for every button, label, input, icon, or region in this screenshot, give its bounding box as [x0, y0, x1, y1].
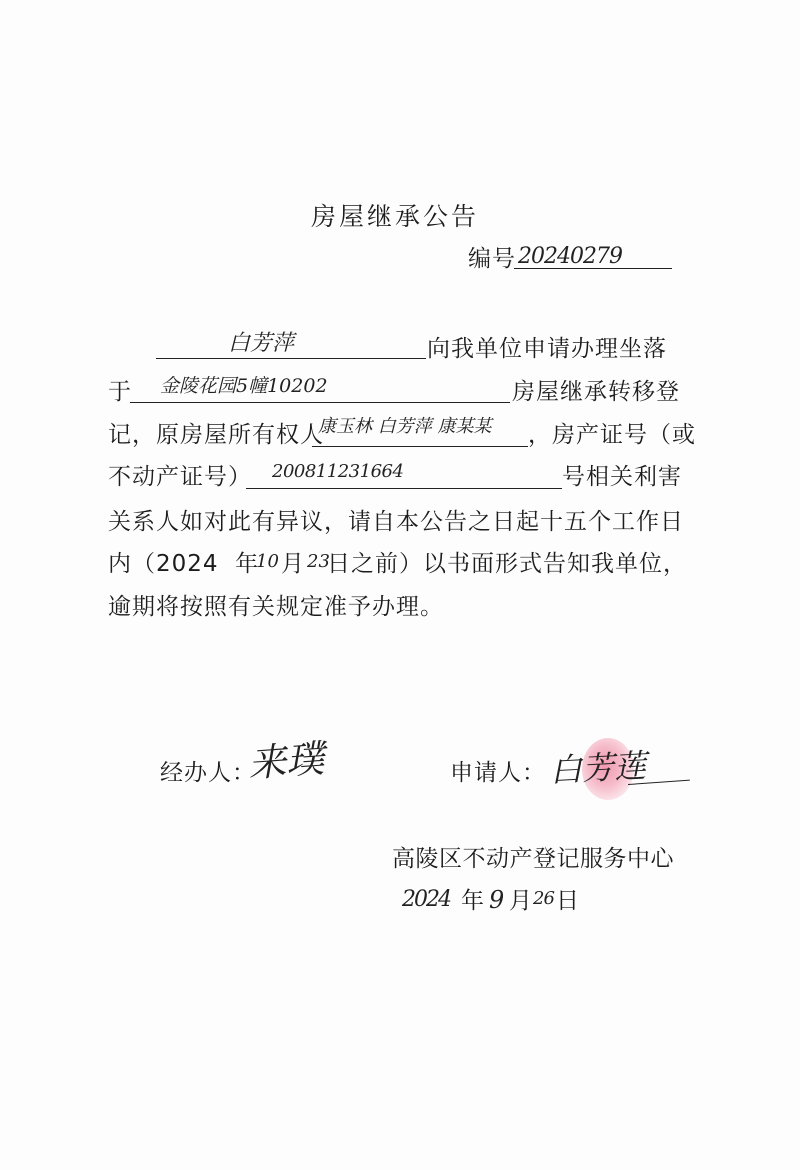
handler-label: 经办人： — [160, 762, 256, 785]
body-line6-prefix: 内（2024 年 — [108, 553, 259, 576]
issuer-name: 高陵区不动产登记服务中心 — [392, 848, 674, 871]
document-title: 房屋继承公告 — [311, 204, 479, 229]
issue-date-day-label: 日 — [556, 890, 580, 913]
issue-date-month: 9 — [489, 888, 504, 912]
applicant-label: 申请人： — [450, 762, 546, 785]
body-line4-suffix: 号相关利害 — [562, 466, 682, 489]
original-owners-handwritten: 康玉林 白芳萍 康某某 — [318, 418, 491, 436]
body-line2-suffix: 房屋继承转移登 — [512, 381, 680, 404]
issue-date-year-label: 年 — [461, 890, 485, 913]
body-line1-suffix: 向我单位申请办理坐落 — [427, 338, 667, 361]
issue-date-month-label: 月 — [509, 890, 533, 913]
issue-date-year: 2024 — [402, 889, 450, 911]
applicant-name-handwritten: 白芳萍 — [228, 333, 294, 355]
certificate-number-handwritten: 200811231664 — [272, 463, 403, 481]
certificate-number-underline — [246, 488, 562, 489]
applicant-name-underline — [156, 358, 426, 359]
applicant-signature: 白芳莲 — [549, 750, 647, 787]
body-line6-suffix: 日之前）以书面形式告知我单位， — [327, 553, 687, 576]
deadline-month-label: 月 — [281, 553, 305, 576]
body-line3-suffix: ，房产证号（或 — [528, 424, 696, 447]
deadline-month-handwritten: 10 — [256, 553, 279, 571]
serial-label: 编号 — [468, 248, 516, 271]
body-line3-prefix: 记，原房屋所有权人 — [108, 424, 324, 447]
body-line7: 逾期将按照有关规定准予办理。 — [108, 596, 444, 619]
body-line5: 关系人如对此有异议，请自本公告之日起十五个工作日 — [108, 511, 684, 534]
property-location-underline — [130, 402, 510, 403]
original-owners-underline — [312, 446, 528, 447]
issue-date-day: 26 — [533, 890, 554, 908]
serial-underline — [514, 268, 672, 269]
handler-signature: 来璞 — [247, 739, 325, 782]
body-line2-prefix: 于 — [108, 381, 132, 404]
property-location-handwritten: 金陵花园5幢10202 — [160, 377, 328, 396]
serial-number: 20240279 — [518, 246, 622, 268]
body-line4-prefix: 不动产证号） — [108, 466, 252, 489]
